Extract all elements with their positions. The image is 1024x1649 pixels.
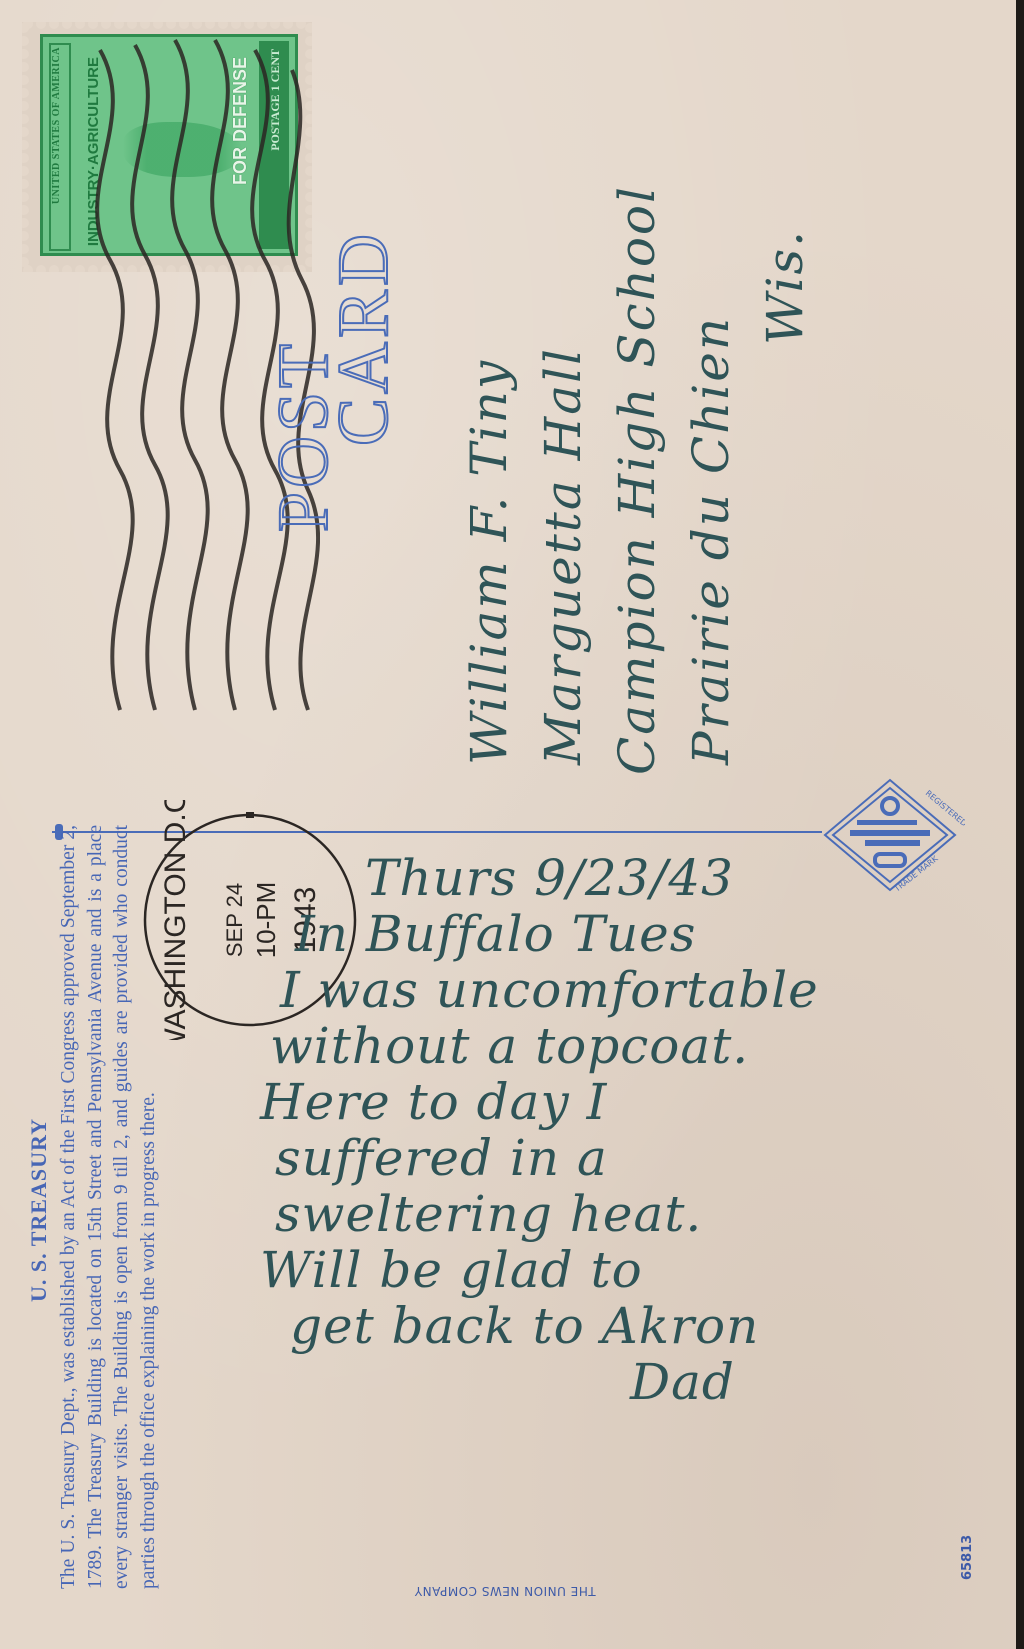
message-line: without a topcoat. [250, 1018, 1020, 1074]
postcard-heading: POST CARD [262, 230, 382, 650]
message-line: In Buffalo Tues [250, 906, 1020, 962]
message-line: sweltering heat. [250, 1186, 1020, 1242]
handwritten-message: Thurs 9/23/43 In Buffalo Tues I was unco… [250, 850, 1020, 1410]
address-line: Marguetta Hall [526, 5, 600, 805]
message-line: Here to day I [250, 1074, 1020, 1130]
recipient-address: William F. Tiny Marguetta Hall Campion H… [452, 5, 852, 805]
info-title: U. S. TREASURY [26, 825, 52, 1595]
stamp-slogan: FOR DEFENSE [230, 57, 251, 185]
scan-edge [1016, 0, 1024, 1649]
heading-card: CARD [322, 230, 405, 446]
address-line: William F. Tiny [452, 5, 526, 805]
address-line: Prairie du Chien [674, 5, 748, 805]
treasury-description: U. S. TREASURY The U. S. Treasury Dept.,… [20, 825, 250, 1595]
logo-registered: REGISTERED [924, 789, 965, 829]
card-number: 65813 [960, 1535, 975, 1580]
message-line: I was uncomfortable [250, 962, 1020, 1018]
address-line: Campion High School [600, 5, 674, 805]
postcard-back: UNITED STATES OF AMERICA INDUSTRY·AGRICU… [0, 0, 1018, 1649]
stamp-face: UNITED STATES OF AMERICA INDUSTRY·AGRICU… [40, 34, 298, 256]
stamp-country: UNITED STATES OF AMERICA [51, 47, 62, 204]
message-line: suffered in a [250, 1130, 1020, 1186]
address-line: Wis. [748, 5, 822, 805]
stamp-value: POSTAGE 1 CENT [268, 49, 283, 151]
message-line: Thurs 9/23/43 [250, 850, 1020, 906]
stamp-motto: INDUSTRY·AGRICULTURE [85, 57, 102, 246]
statue-of-liberty-icon [123, 122, 243, 177]
message-signature: Dad [250, 1354, 1020, 1410]
message-line: get back to Akron [250, 1298, 1020, 1354]
info-body: The U. S. Treasury Dept., was establishe… [56, 825, 162, 1595]
publisher-imprint: THE UNION NEWS COMPANY [375, 1584, 635, 1598]
message-line: Will be glad to [250, 1242, 1020, 1298]
